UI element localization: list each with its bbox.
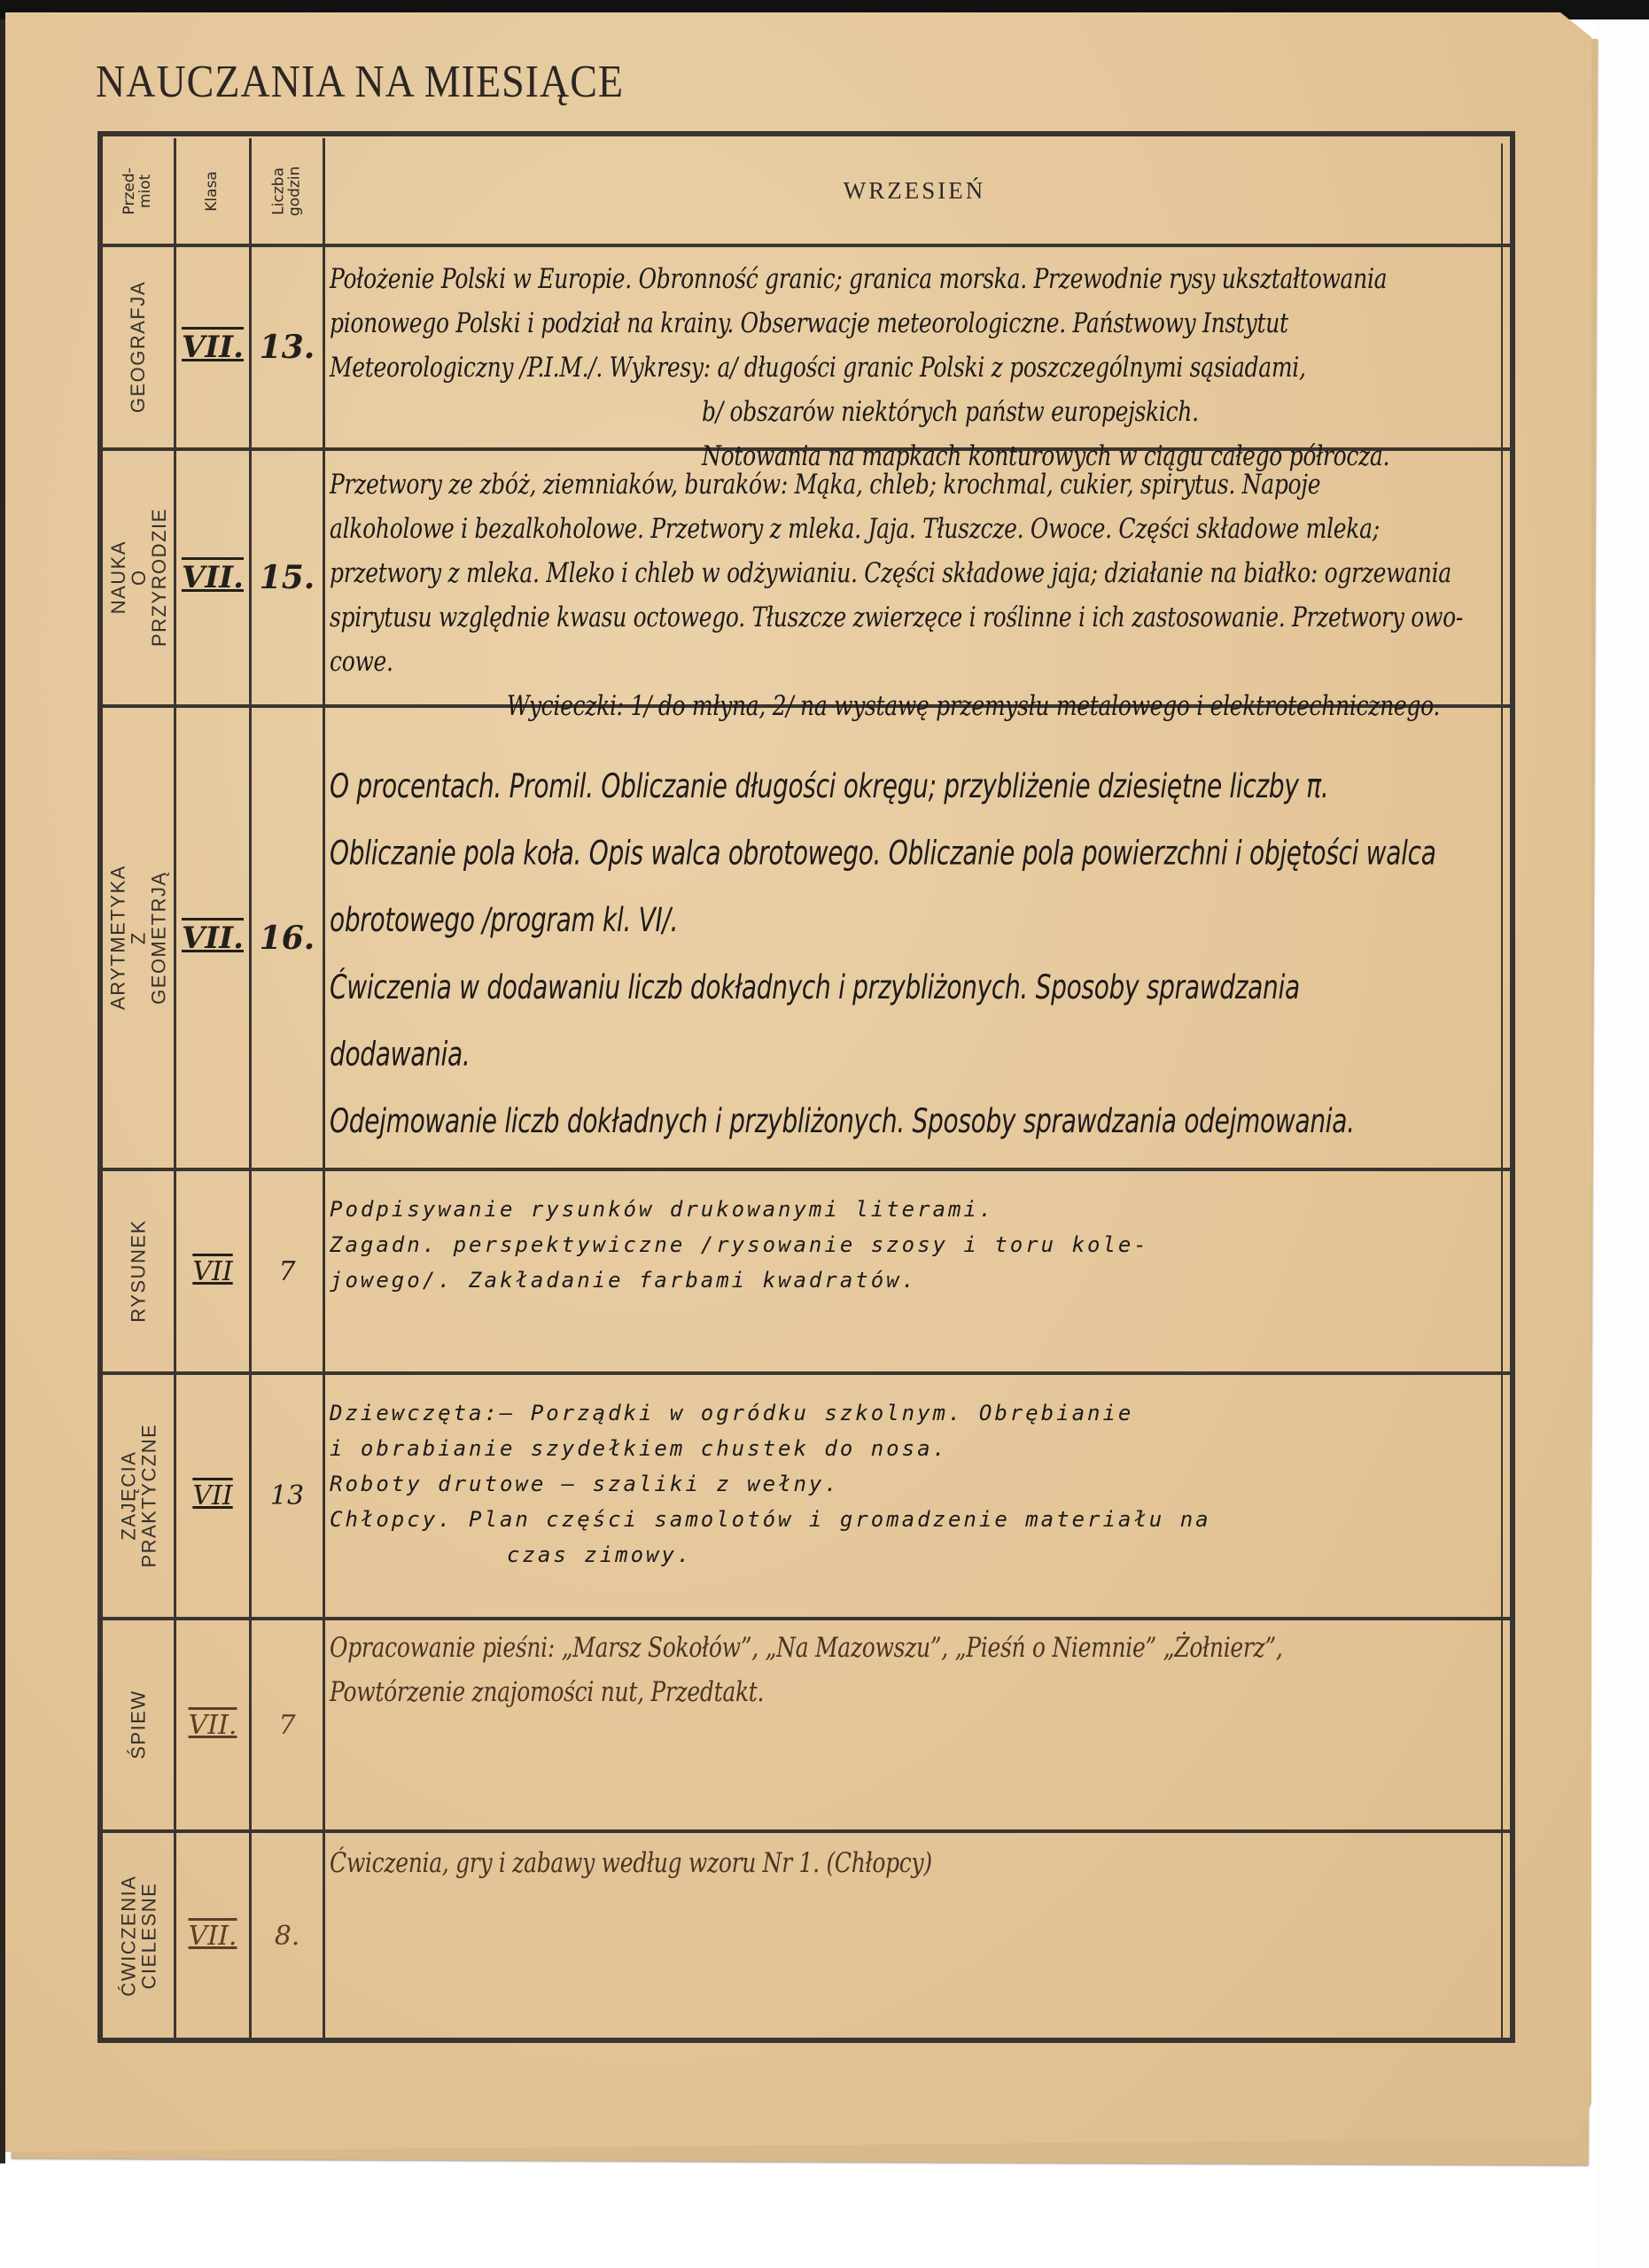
lesson-plan-line: czas zimowy. bbox=[330, 1537, 1504, 1573]
subject-label: NAUKA O PRZYRODZIE bbox=[107, 509, 168, 648]
class-cell: VII bbox=[176, 1375, 249, 1617]
month-label: WRZESIEŃ bbox=[844, 177, 985, 205]
lesson-plan-line: pionowego Polski i podział na krainy. Ob… bbox=[330, 301, 1504, 346]
class-value: VII bbox=[192, 1256, 232, 1287]
hours-value: 7 bbox=[278, 1256, 295, 1287]
lesson-plan-line: Chłopcy. Plan części samolotów i gromadz… bbox=[330, 1502, 1504, 1537]
lesson-plan-line: Odejmowanie liczb dokładnych i przybliżo… bbox=[330, 1088, 1504, 1155]
subject-label: ZAJĘCIA PRAKTYCZNE bbox=[118, 1424, 159, 1568]
class-value: VII. bbox=[182, 560, 244, 595]
lesson-plan-line: Powtórzenie znajomości nut, Przedtakt. bbox=[330, 1670, 1504, 1714]
hours-value: 13. bbox=[260, 329, 315, 366]
subject-cell: ARYTMETYKA Z GEOMETRJĄ bbox=[103, 708, 174, 1168]
lesson-plan-content: Przetwory ze zbóż, ziemniaków, buraków: … bbox=[330, 462, 1504, 728]
lesson-plan-line: Dziewczęta:— Porządki w ogródku szkolnym… bbox=[330, 1395, 1504, 1431]
class-cell: VII. bbox=[176, 708, 249, 1168]
subject-cell: ŚPIEW bbox=[103, 1620, 174, 1829]
lesson-plan-content: Położenie Polski w Europie. Obronność gr… bbox=[330, 257, 1504, 478]
header-hours-label: Liczba godzin bbox=[271, 166, 303, 215]
lesson-plan-content: O procentach. Promil. Obliczanie długośc… bbox=[330, 753, 1504, 1155]
class-cell: VII bbox=[176, 1171, 249, 1371]
lesson-plan-line: cowe. bbox=[330, 640, 1504, 684]
lesson-plan-line: Opracowanie pieśni: „Marsz Sokołów”, „Na… bbox=[330, 1626, 1504, 1670]
header-subject: Przed- miot bbox=[103, 138, 174, 244]
lesson-plan-line: Zagadn. perspektywiczne /rysowanie szosy… bbox=[330, 1227, 1504, 1262]
lesson-plan-line: przetwory z mleka. Mleko i chleb w odżyw… bbox=[330, 551, 1504, 595]
lesson-plan-line: jowego/. Zakładanie farbami kwadratów. bbox=[330, 1262, 1504, 1298]
lesson-plan-content: Opracowanie pieśni: „Marsz Sokołów”, „Na… bbox=[330, 1626, 1504, 1714]
scan-left-edge bbox=[0, 19, 5, 2163]
header-subject-label: Przed- miot bbox=[122, 167, 154, 214]
lesson-plan-line: obrotowego /program kl. VI/. bbox=[330, 887, 1504, 954]
scan-background bbox=[1595, 19, 1649, 2268]
column-divider bbox=[323, 138, 325, 2039]
hours-value: 15. bbox=[260, 559, 315, 596]
hours-value: 16. bbox=[260, 920, 315, 957]
lesson-plan-line: alkoholowe i bezalkoholowe. Przetwory z … bbox=[330, 507, 1504, 551]
lesson-plan-line: Ćwiczenia, gry i zabawy według wzoru Nr … bbox=[330, 1841, 1504, 1885]
hours-cell: 15. bbox=[252, 451, 323, 704]
class-cell: VII. bbox=[176, 247, 249, 447]
hours-value: 8. bbox=[275, 1921, 300, 1952]
hours-cell: 7 bbox=[252, 1171, 323, 1371]
header-class-label: Klasa bbox=[205, 171, 221, 212]
subject-label: RYSUNEK bbox=[128, 1220, 148, 1323]
class-value: VII. bbox=[182, 330, 244, 365]
subject-cell: RYSUNEK bbox=[103, 1171, 174, 1371]
hours-value: 7 bbox=[278, 1710, 295, 1741]
lesson-plan-line: Wycieczki: 1/ do młyna, 2/ na wystawę pr… bbox=[330, 684, 1504, 728]
lesson-plan-line: Meteorologiczny /P.I.M./. Wykresy: a/ dł… bbox=[330, 346, 1504, 390]
class-cell: VII. bbox=[176, 451, 249, 704]
hours-cell: 7 bbox=[252, 1620, 323, 1829]
subject-cell: ĆWICZENIA CIELESNE bbox=[103, 1833, 174, 2039]
subject-label: ŚPIEW bbox=[128, 1690, 148, 1759]
subject-label: ĆWICZENIA CIELESNE bbox=[118, 1876, 159, 1997]
hours-cell: 8. bbox=[252, 1833, 323, 2039]
subject-cell: GEOGRAFJA bbox=[103, 247, 174, 447]
lesson-plan-line: b/ obszarów niektórych państw europejski… bbox=[330, 390, 1504, 434]
lesson-plan-line: Przetwory ze zbóż, ziemniaków, buraków: … bbox=[330, 462, 1504, 507]
lesson-plan-line: O procentach. Promil. Obliczanie długośc… bbox=[330, 753, 1504, 820]
hours-cell: 13 bbox=[252, 1375, 323, 1617]
class-cell: VII. bbox=[176, 1833, 249, 2039]
header-hours: Liczba godzin bbox=[252, 138, 323, 244]
header-class: Klasa bbox=[176, 138, 249, 244]
class-value: VII. bbox=[189, 1921, 237, 1952]
lesson-plan-line: Położenie Polski w Europie. Obronność gr… bbox=[330, 257, 1504, 301]
hours-cell: 13. bbox=[252, 247, 323, 447]
header-month: WRZESIEŃ bbox=[325, 138, 1504, 244]
lesson-plan-content: Ćwiczenia, gry i zabawy według wzoru Nr … bbox=[330, 1841, 1504, 1885]
lesson-plan-line: Podpisywanie rysunków drukowanymi litera… bbox=[330, 1192, 1504, 1227]
hours-cell: 16. bbox=[252, 708, 323, 1168]
subject-label: GEOGRAFJA bbox=[128, 281, 148, 413]
page-title: NAUCZANIA NA MIESIĄCE bbox=[96, 55, 624, 107]
subject-cell: NAUKA O PRZYRODZIE bbox=[103, 451, 174, 704]
lesson-plan-line: Roboty drutowe — szaliki z wełny. bbox=[330, 1466, 1504, 1502]
lesson-plan-content: Dziewczęta:— Porządki w ogródku szkolnym… bbox=[330, 1395, 1504, 1573]
subject-cell: ZAJĘCIA PRAKTYCZNE bbox=[103, 1375, 174, 1617]
class-value: VII. bbox=[189, 1710, 237, 1741]
subject-label: ARYTMETYKA Z GEOMETRJĄ bbox=[107, 866, 168, 1010]
lesson-plan-line: Ćwiczenia w dodawaniu liczb dokładnych i… bbox=[330, 954, 1504, 1021]
lesson-plan-line: spirytusu względnie kwasu octowego. Tłus… bbox=[330, 595, 1504, 640]
class-value: VII bbox=[192, 1480, 232, 1511]
lesson-plan-content: Podpisywanie rysunków drukowanymi litera… bbox=[330, 1192, 1504, 1298]
lesson-plan-line: dodawania. bbox=[330, 1021, 1504, 1088]
class-value: VII. bbox=[182, 920, 244, 956]
hours-value: 13 bbox=[270, 1480, 304, 1511]
lesson-plan-line: i obrabianie szydełkiem chustek do nosa. bbox=[330, 1431, 1504, 1466]
class-cell: VII. bbox=[176, 1620, 249, 1829]
lesson-plan-line: Obliczanie pola koła. Opis walca obrotow… bbox=[330, 820, 1504, 888]
